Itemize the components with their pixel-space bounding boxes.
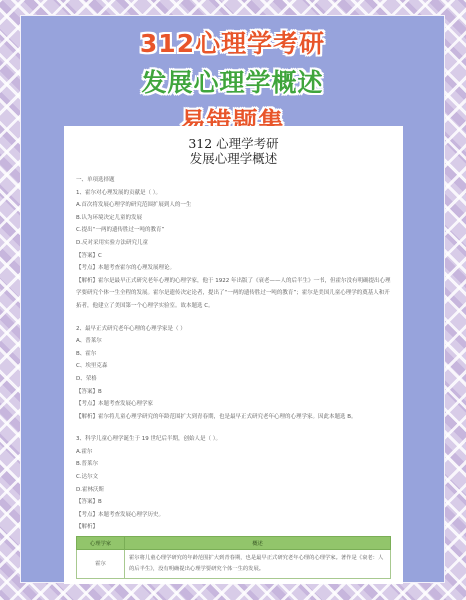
- document-title: 312 心理学考研 发展心理学概述: [76, 136, 391, 166]
- option-c: C、埃里克森: [76, 360, 391, 373]
- table-header-row: 心理学家 概述: [77, 537, 391, 550]
- key-point: 【考点】本题考查霍尔的心理发展理论。: [76, 262, 391, 275]
- analysis: 【解析】霍尔是最早正式研究老年心理的心理学家，他于 1922 年出版了《衰老——…: [76, 275, 391, 313]
- document-page: 312 心理学考研 发展心理学概述 一、单项选择题 1、霍尔对心理发展的贡献是（…: [64, 126, 403, 584]
- document-title-line2: 发展心理学概述: [76, 151, 391, 166]
- question-stem: 2、最早正式研究老年心理的心理学家是（ ）: [76, 323, 391, 336]
- banner-title-line1: 312心理学考研: [21, 24, 444, 60]
- table-header-summary: 概述: [125, 537, 391, 550]
- table-header-psychologist: 心理学家: [77, 537, 125, 550]
- table-cell-name: 霍尔: [77, 550, 125, 579]
- question-stem: 3、科学儿童心理学诞生于 19 世纪后半期，创始人是（ ）。: [76, 433, 391, 446]
- section-heading: 一、单项选择题: [76, 174, 391, 187]
- key-point: 【考点】本题考查发展心理学家: [76, 398, 391, 411]
- option-a: A.霍尔: [76, 446, 391, 459]
- table-row: 霍尔 霍尔将儿童心理学研究的年龄范围扩大到青春期，也是最早正式研究老年心理的心理…: [77, 550, 391, 579]
- table-cell-desc: 霍尔将儿童心理学研究的年龄范围扩大到青春期，也是最早正式研究老年心理的心理学家。…: [125, 550, 391, 579]
- answer: 【答案】B: [76, 496, 391, 509]
- question-2: 2、最早正式研究老年心理的心理学家是（ ） A、普莱尔 B、霍尔 C、埃里克森 …: [76, 323, 391, 424]
- option-d: D.霍林沃斯: [76, 484, 391, 497]
- option-b: B.认为环境决定儿童的发展: [76, 212, 391, 225]
- summary-table: 心理学家 概述 霍尔 霍尔将儿童心理学研究的年龄范围扩大到青春期，也是最早正式研…: [76, 536, 391, 579]
- answer: 【答案】B: [76, 386, 391, 399]
- option-b: B、霍尔: [76, 348, 391, 361]
- analysis: 【解析】: [76, 521, 391, 534]
- answer: 【答案】C: [76, 250, 391, 263]
- option-a: A、普莱尔: [76, 335, 391, 348]
- option-a: A.首次将发展心理学的研究范围扩展到人的一生: [76, 199, 391, 212]
- key-point: 【考点】本题考查发展心理学历史。: [76, 509, 391, 522]
- banner-panel: 312心理学考研 发展心理学概述 易错题集 312 心理学考研 发展心理学概述 …: [20, 15, 445, 583]
- question-3: 3、科学儿童心理学诞生于 19 世纪后半期，创始人是（ ）。 A.霍尔 B.普莱…: [76, 433, 391, 579]
- question-stem: 1、霍尔对心理发展的贡献是（ ）。: [76, 187, 391, 200]
- analysis: 【解析】霍尔将儿童心理学研究的年龄范围扩大到青春期，也是最早正式研究老年心理的心…: [76, 411, 391, 424]
- option-c: C.达尔文: [76, 471, 391, 484]
- option-c: C.提出“一两的遗传胜过一吨的教育”: [76, 224, 391, 237]
- option-d: D.反对采用实验方法研究儿童: [76, 237, 391, 250]
- option-d: D、荣格: [76, 373, 391, 386]
- question-1: 1、霍尔对心理发展的贡献是（ ）。 A.首次将发展心理学的研究范围扩展到人的一生…: [76, 187, 391, 313]
- document-title-line1: 312 心理学考研: [76, 136, 391, 151]
- option-b: B.普莱尔: [76, 458, 391, 471]
- banner-title-line2: 发展心理学概述: [21, 63, 444, 99]
